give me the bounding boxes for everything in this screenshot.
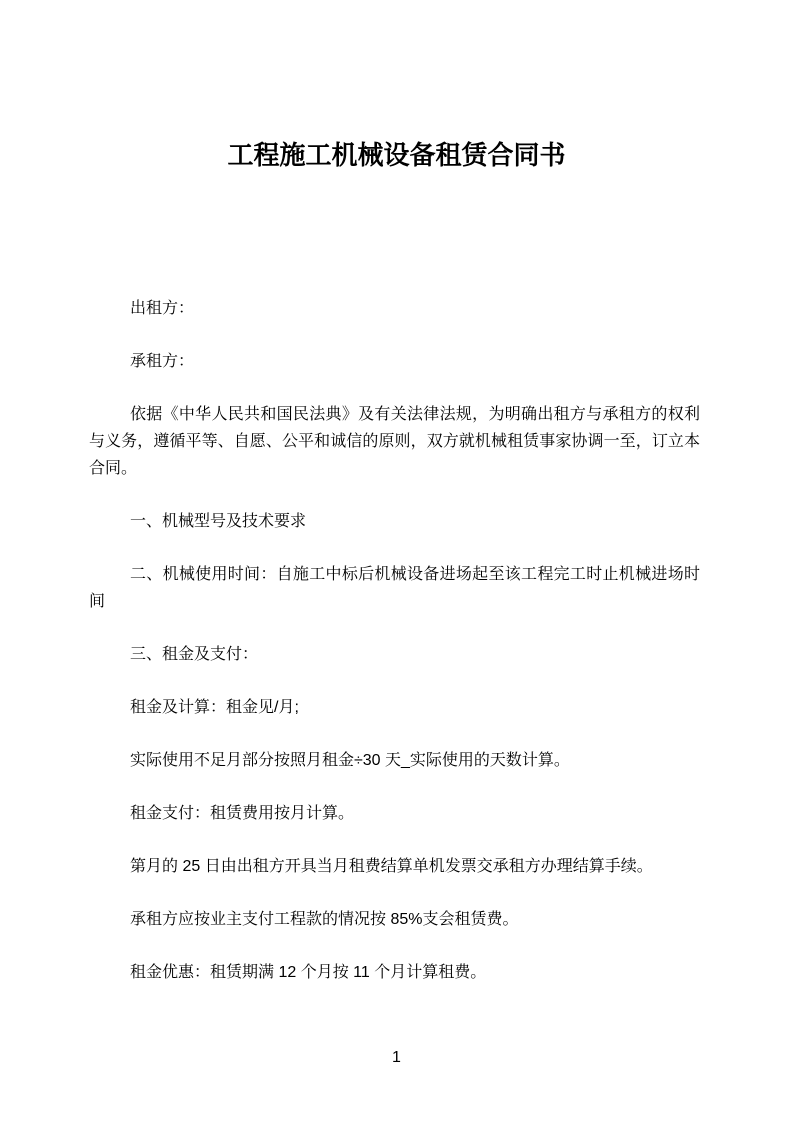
paragraph-clause-3: 三、租金及支付：: [89, 641, 700, 668]
paragraph-rent-discount: 租金优惠：租赁期满 12 个月按 11 个月计算租费。: [89, 959, 700, 986]
paragraph-rent-calculation: 租金及计算：租金见/月;: [89, 694, 700, 721]
paragraph-payment-ratio: 承租方应按业主支付工程款的情况按 85%支会租赁费。: [89, 906, 700, 933]
paragraph-rent-payment: 租金支付：租赁费用按月计算。: [89, 800, 700, 827]
page-number: 1: [0, 1048, 793, 1068]
paragraph-clause-2: 二、机械使用时间：自施工中标后机械设备进场起至该工程完工时止机械进场时间: [89, 561, 700, 615]
paragraph-invoice-settlement: 第月的 25 日由出租方开具当月租费结算单机发票交承租方办理结算手续。: [89, 853, 700, 880]
contract-document-page: 工程施工机械设备租赁合同书 出租方： 承租方： 依据《中华人民共和国民法典》及有…: [0, 0, 793, 1122]
document-body: 出租方： 承租方： 依据《中华人民共和国民法典》及有关法律法规，为明确出租方与承…: [89, 295, 700, 986]
paragraph-lessor-label: 出租方：: [89, 295, 700, 322]
paragraph-partial-month-rule: 实际使用不足月部分按照月租金÷30 天_实际使用的天数计算。: [89, 747, 700, 774]
paragraph-lessee-label: 承租方：: [89, 348, 700, 375]
document-title: 工程施工机械设备租赁合同书: [0, 0, 793, 170]
paragraph-preamble: 依据《中华人民共和国民法典》及有关法律法规，为明确出租方与承租方的权利与义务，遵…: [89, 401, 700, 482]
paragraph-clause-1: 一、机械型号及技术要求: [89, 508, 700, 535]
